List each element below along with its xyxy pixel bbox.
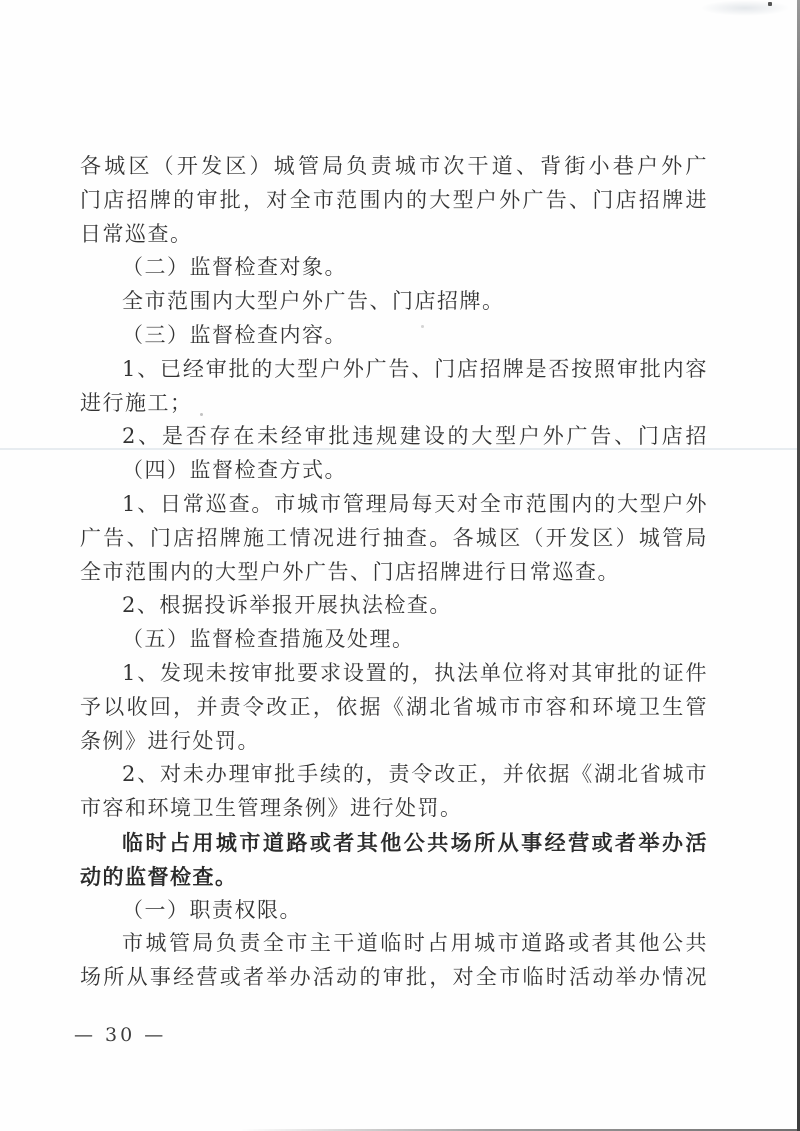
- text-line: 予以收回，并责令改正，依据《湖北省城市市容和环境卫生管理: [80, 691, 708, 725]
- text-line: 日常巡查。: [80, 218, 708, 252]
- text-line: （五）监督检查措施及处理。: [80, 623, 708, 657]
- text-line: 1、已经审批的大型户外广告、门店招牌是否按照审批内容: [80, 353, 708, 387]
- text-line: 条例》进行处罚。: [80, 725, 708, 759]
- scan-speck-artifact: [768, 2, 772, 6]
- text-line: （三）监督检查内容。: [80, 319, 708, 353]
- text-line: 市容和环境卫生管理条例》进行处罚。: [80, 792, 708, 826]
- text-line: 各城区（开发区）城管局负责城市次干道、背街小巷户外广告、: [80, 150, 708, 184]
- text-line: （一）职责权限。: [80, 894, 708, 928]
- text-line: 全市范围内大型户外广告、门店招牌。: [80, 285, 708, 319]
- page-number: — 30 —: [74, 1024, 166, 1046]
- text-line: 门店招牌的审批，对全市范围内的大型户外广告、门店招牌进行: [80, 184, 708, 218]
- section-heading-line: 动的监督检查。: [80, 860, 708, 894]
- text-line: 1、日常巡查。市城市管理局每天对全市范围内的大型户外: [80, 488, 708, 522]
- text-line: 1、发现未按审批要求设置的，执法单位将对其审批的证件: [80, 657, 708, 691]
- text-line: 全市范围内的大型户外广告、门店招牌进行日常巡查。: [80, 556, 708, 590]
- text-line: 广告、门店招牌施工情况进行抽查。各城区（开发区）城管局对: [80, 522, 708, 556]
- text-line: 进行施工；: [80, 387, 708, 421]
- scan-speck-artifact: [421, 325, 424, 328]
- text-line: （四）监督检查方式。: [80, 454, 708, 488]
- scan-fold-line-artifact: [0, 448, 800, 450]
- scan-speck-artifact: [200, 413, 203, 416]
- section-heading-line: 临时占用城市道路或者其他公共场所从事经营或者举办活: [80, 826, 708, 860]
- document-body: 各城区（开发区）城管局负责城市次干道、背街小巷户外广告、 门店招牌的审批，对全市…: [80, 150, 708, 995]
- text-line: 2、根据投诉举报开展执法检查。: [80, 589, 708, 623]
- text-line: （二）监督检查对象。: [80, 251, 708, 285]
- text-line: 2、对未办理审批手续的，责令改正，并依据《湖北省城市: [80, 758, 708, 792]
- scanned-document-page: 各城区（开发区）城管局负责城市次干道、背街小巷户外广告、 门店招牌的审批，对全市…: [0, 0, 800, 1131]
- text-line: 场所从事经营或者举办活动的审批，对全市临时活动举办情况进: [80, 961, 708, 995]
- text-line: 市城管局负责全市主干道临时占用城市道路或者其他公共: [80, 927, 708, 961]
- scan-haze-artifact: [700, 0, 790, 16]
